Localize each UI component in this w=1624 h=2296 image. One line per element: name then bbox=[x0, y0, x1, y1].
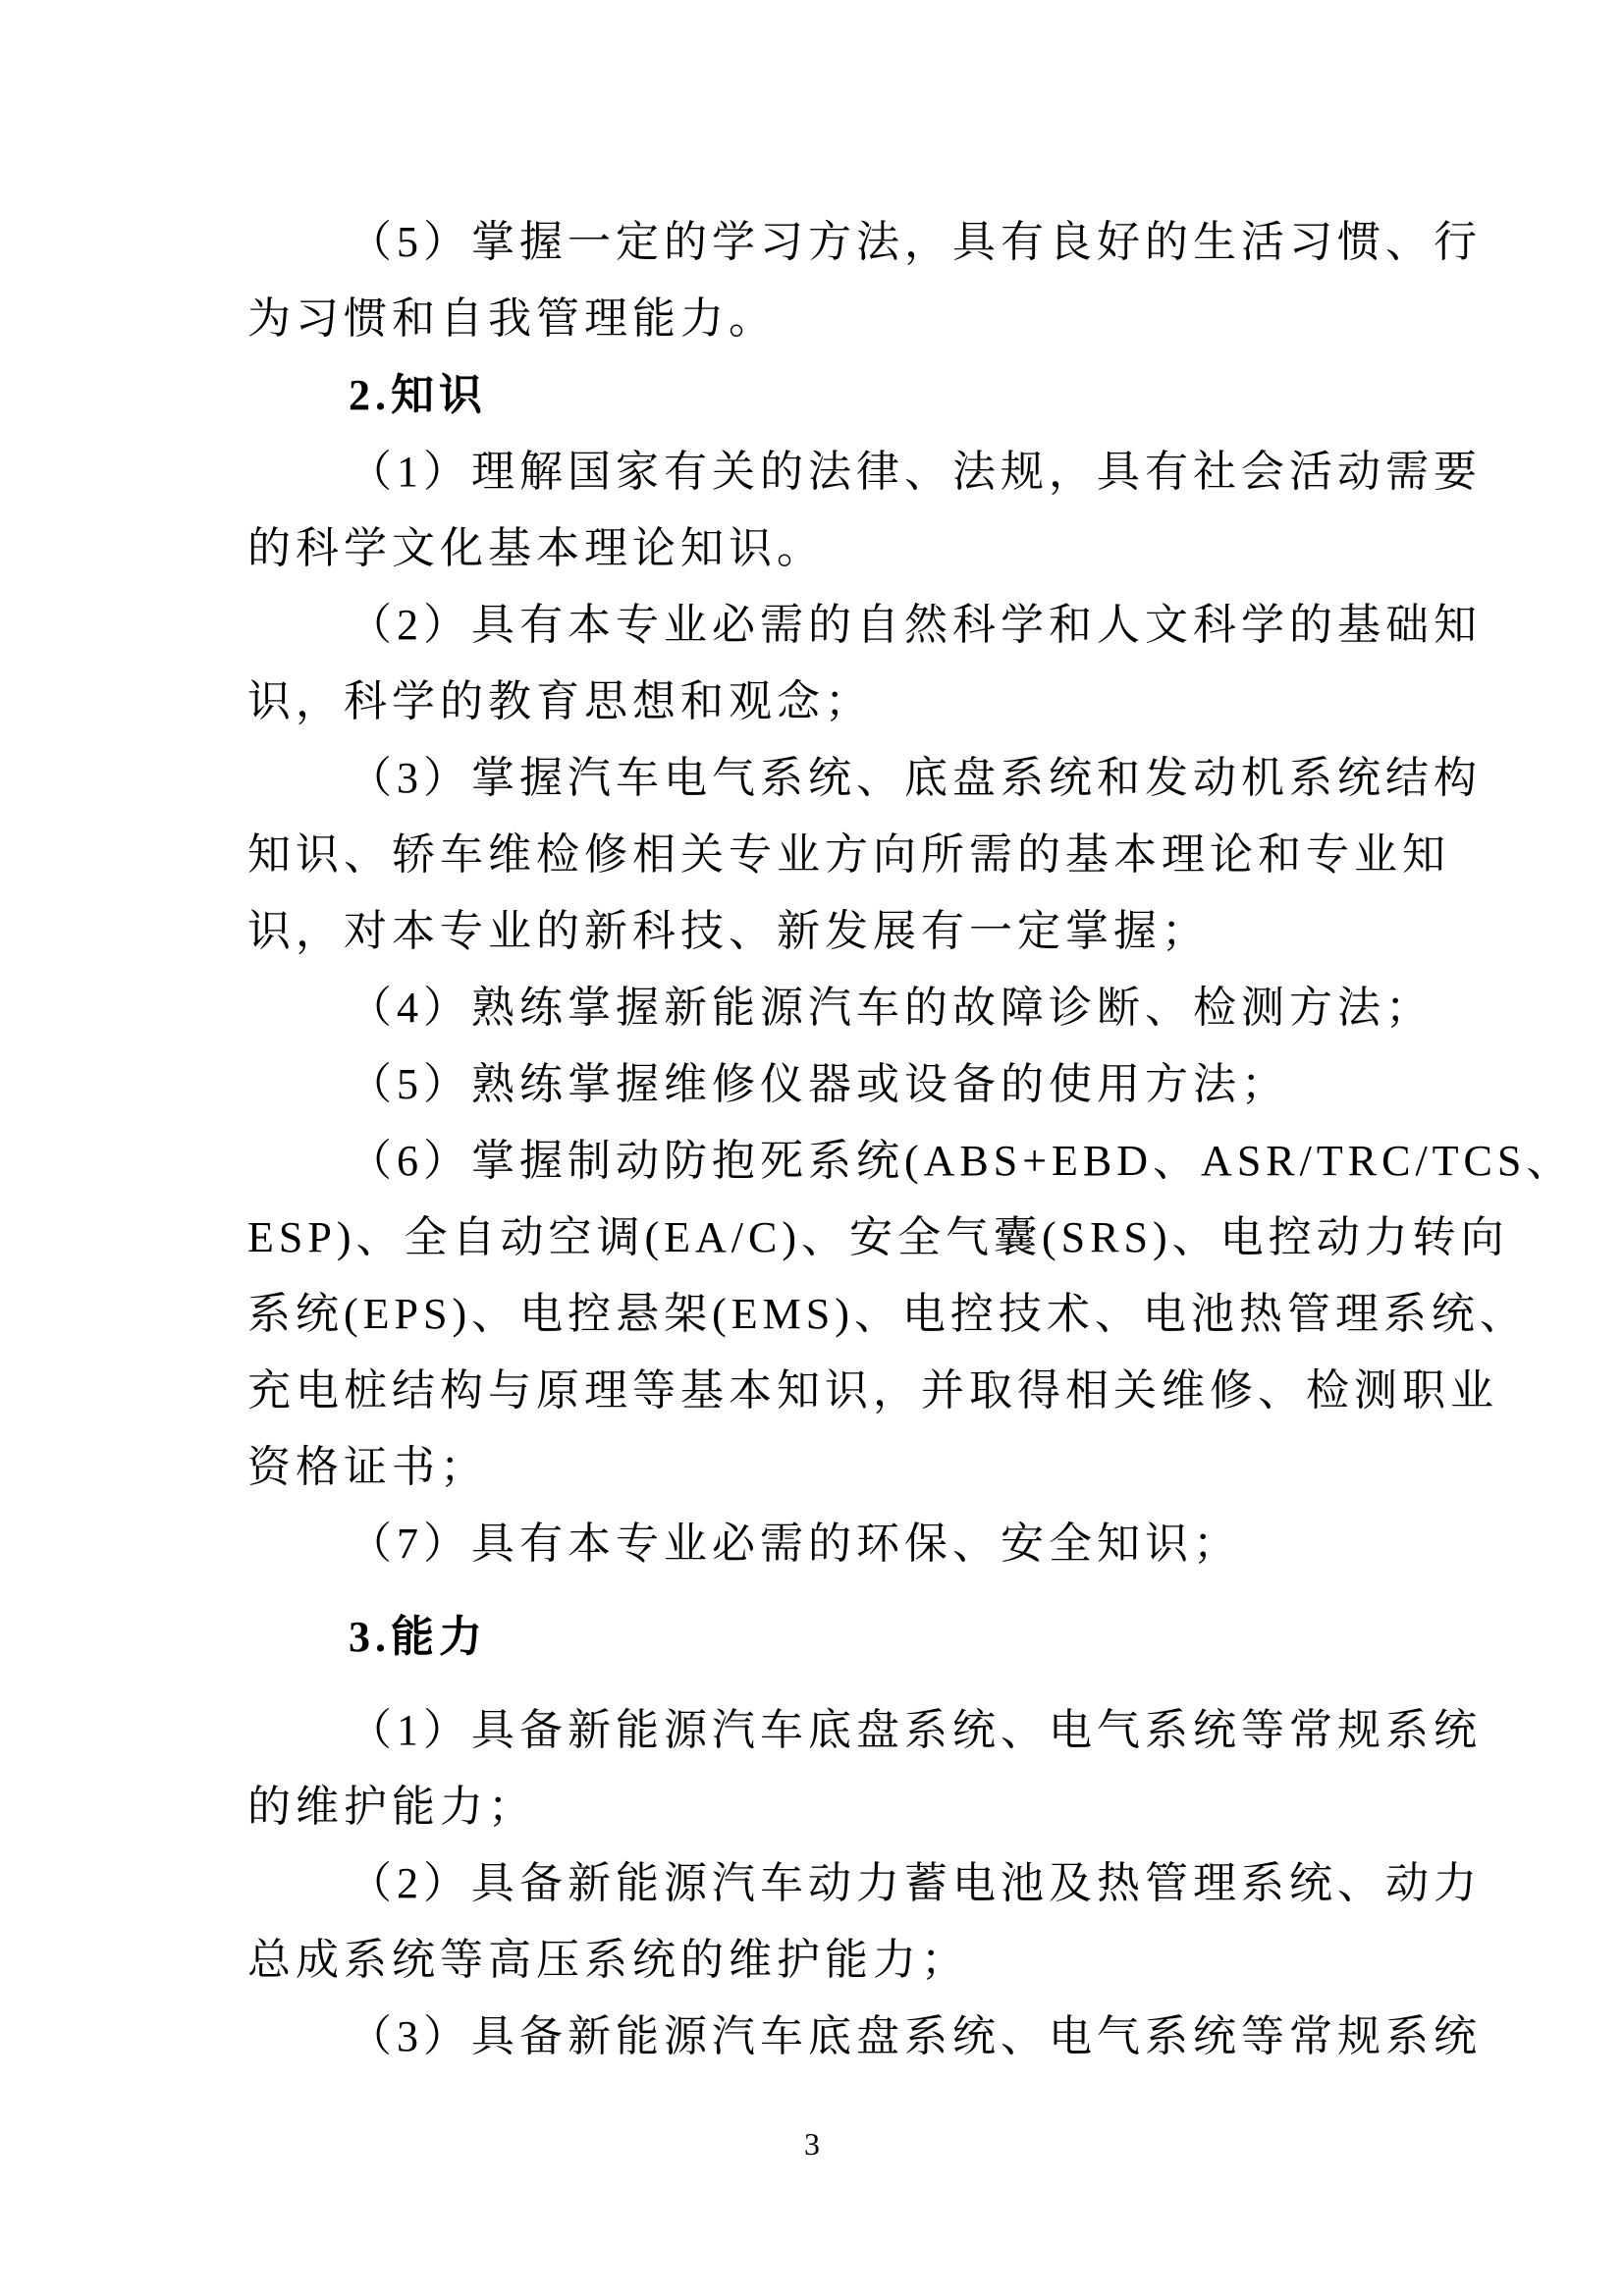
paragraph-line: （1）具备新能源汽车底盘系统、电气系统等常规系统 bbox=[247, 1692, 1386, 1769]
paragraph-line: 的维护能力； bbox=[247, 1769, 1386, 1845]
paragraph-line: （6）掌握制动防抱死系统(ABS+EBD、ASR/TRC/TCS、 bbox=[247, 1123, 1386, 1200]
paragraph-line: （3）掌握汽车电气系统、底盘系统和发动机系统结构 bbox=[247, 740, 1386, 817]
paragraph-line: 为习惯和自我管理能力。 bbox=[247, 281, 1386, 357]
paragraph-line: （2）具备新能源汽车动力蓄电池及热管理系统、动力 bbox=[247, 1845, 1386, 1922]
paragraph-line: （1）理解国家有关的法律、法规，具有社会活动需要 bbox=[247, 434, 1386, 510]
paragraph-line: ESP)、全自动空调(EA/C)、安全气囊(SRS)、电控动力转向 bbox=[247, 1200, 1386, 1276]
paragraph-line: （5）掌握一定的学习方法，具有良好的生活习惯、行 bbox=[247, 204, 1386, 281]
paragraph-line: 知识、轿车维检修相关专业方向所需的基本理论和专业知 bbox=[247, 817, 1386, 893]
paragraph-line: 识，科学的教育思想和观念； bbox=[247, 664, 1386, 740]
paragraph-line: 识，对本专业的新科技、新发展有一定掌握； bbox=[247, 893, 1386, 970]
page-number: 3 bbox=[0, 2122, 1624, 2165]
paragraph-line: 系统(EPS)、电控悬架(EMS)、电控技术、电池热管理系统、 bbox=[247, 1276, 1386, 1353]
paragraph-line: （2）具有本专业必需的自然科学和人文科学的基础知 bbox=[247, 587, 1386, 664]
document-body: （5）掌握一定的学习方法，具有良好的生活习惯、行 为习惯和自我管理能力。 2.知… bbox=[247, 204, 1386, 2075]
paragraph-line: 充电桩结构与原理等基本知识，并取得相关维修、检测职业 bbox=[247, 1353, 1386, 1429]
paragraph-line: 资格证书； bbox=[247, 1429, 1386, 1506]
paragraph-line: （5）熟练掌握维修仪器或设备的使用方法； bbox=[247, 1046, 1386, 1123]
section-heading-ability: 3.能力 bbox=[247, 1599, 1386, 1676]
paragraph-line: 的科学文化基本理论知识。 bbox=[247, 510, 1386, 587]
paragraph-line: （4）熟练掌握新能源汽车的故障诊断、检测方法； bbox=[247, 970, 1386, 1046]
paragraph-line: 总成系统等高压系统的维护能力； bbox=[247, 1922, 1386, 1999]
paragraph-line: （7）具有本专业必需的环保、安全知识； bbox=[247, 1506, 1386, 1582]
document-page: （5）掌握一定的学习方法，具有良好的生活习惯、行 为习惯和自我管理能力。 2.知… bbox=[0, 0, 1624, 2296]
paragraph-line: （3）具备新能源汽车底盘系统、电气系统等常规系统 bbox=[247, 1999, 1386, 2075]
section-heading-knowledge: 2.知识 bbox=[247, 357, 1386, 434]
